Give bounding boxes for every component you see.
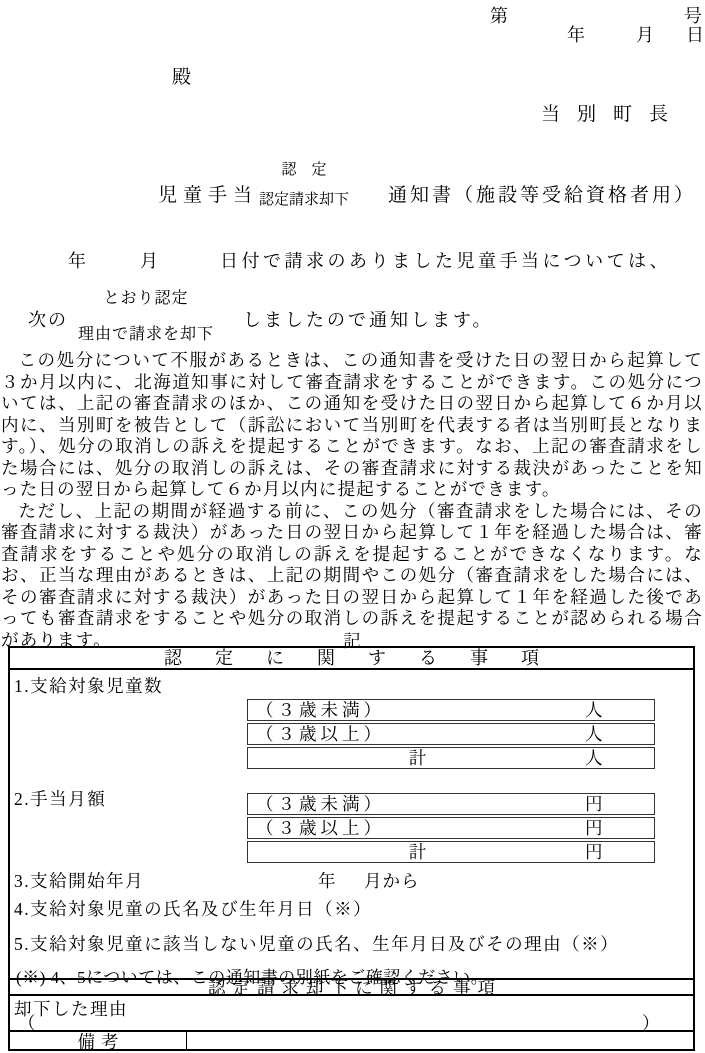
count-over3-label: （３歳以上） [256,724,385,744]
item3-from-label: 月から [364,868,420,893]
item2-label: 2.手当月額 [14,786,106,811]
table-row: 計 人 [247,747,655,769]
approval-section-body: 1.支給対象児童数 （３歳未満） 人 （３歳以上） 人 計 人 2.手当月額 （… [10,670,693,978]
item3-label: 3.支給開始年月 [14,868,144,893]
child-count-table: （３歳未満） 人 （３歳以上） 人 計 人 [247,699,655,771]
sender-name: 当別町長 [541,99,685,126]
table-row: （３歳未満） 人 [247,699,655,721]
opening-option-approval: とおり認定 [70,285,222,308]
table-row: （３歳以上） 円 [247,817,655,839]
opening-line2-suffix: しましたので通知します。 [243,306,494,332]
title-option-stack: 認 定 認定請求却下 [256,158,352,209]
count-total-unit: 人 [585,748,603,768]
amount-over3-unit: 円 [585,818,603,838]
amount-total-unit: 円 [585,842,603,862]
document-page: { "header": { "doc_number_prefix": "第", … [0,0,705,1053]
table-row: 計 円 [247,841,655,863]
rejection-reason-paren-close: ） [642,1010,660,1035]
addressee-honorific: 殿 [172,62,191,89]
opening-month-label: 月 [140,247,158,273]
count-over3-unit: 人 [585,724,603,744]
notification-table: 認定に関する事項 1.支給対象児童数 （３歳未満） 人 （３歳以上） 人 計 人… [8,646,695,1051]
rejection-reason-paren-open: （ [18,1010,36,1035]
count-under3-unit: 人 [585,700,603,720]
table-row: （３歳未満） 円 [247,793,655,815]
count-under3-label: （３歳未満） [256,700,385,720]
appeal-notice-paragraph-1: この処分について不服があるときは、この通知書を受けた日の翌日から起算して３か月以… [1,350,703,501]
opening-option-stack: とおり認定 理由で請求を却下 [70,285,222,344]
approval-section-header: 認定に関する事項 [10,648,693,670]
item4-label: 4.支給対象児童の氏名及び生年月日（※） [14,896,372,921]
opening-option-rejection: 理由で請求を却下 [70,321,222,344]
remarks-row: 備考 [10,1030,693,1051]
amount-under3-unit: 円 [585,794,603,814]
opening-line2-prefix: 次の [28,306,68,332]
date-year-label: 年 [567,21,585,47]
item5-label: 5.支給対象児童に該当しない児童の氏名、生年月日及びその理由（※） [14,931,619,956]
opening-year-label: 年 [68,247,86,273]
count-total-label: 計 [248,748,589,768]
rejection-reason-cell: 却下した理由 （ ） [10,996,693,1030]
remarks-label: 備考 [10,1032,187,1051]
amount-total-label: 計 [248,842,589,862]
title-option-rejection: 認定請求却下 [256,188,352,209]
doc-number-line: 第 号 [490,2,702,28]
date-day-label: 日 [686,21,704,47]
amount-under3-label: （３歳未満） [256,794,385,814]
remarks-value [187,1032,693,1051]
date-month-label: 月 [636,21,654,47]
monthly-amount-table: （３歳未満） 円 （３歳以上） 円 計 円 [247,793,655,865]
amount-over3-label: （３歳以上） [256,818,385,838]
item1-label: 1.支給対象児童数 [14,673,163,698]
title-option-approval: 認 定 [256,158,352,179]
appeal-notice: この処分について不服があるときは、この通知書を受けた日の翌日から起算して３か月以… [1,350,703,651]
item3-year-label: 年 [318,868,337,893]
table-row: （３歳以上） 人 [247,723,655,745]
doc-number-prefix: 第 [490,2,508,28]
title-left: 児童手当 [158,180,258,207]
opening-line1-text: 日付で請求のありました児童手当については、 [220,247,671,273]
title-right: 通知書（施設等受給資格者用） [388,180,696,207]
attachment-note: (※) 4、5については、この通知書の別紙をご確認ください。 [16,963,488,988]
